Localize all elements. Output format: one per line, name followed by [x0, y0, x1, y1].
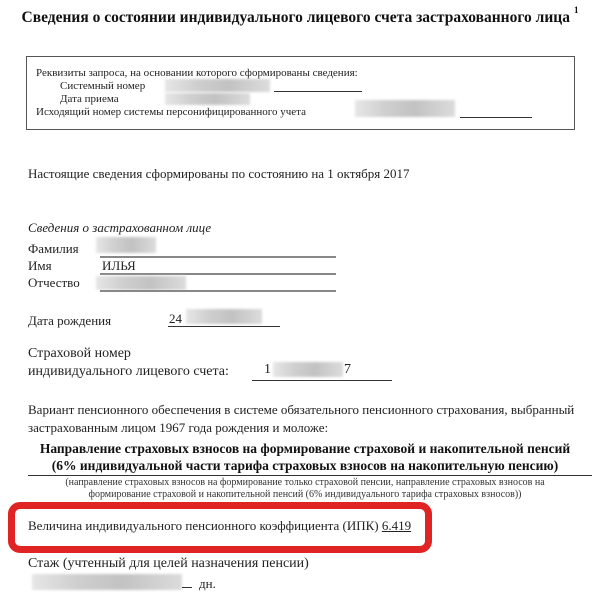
system-number-label: Системный номер — [60, 80, 145, 92]
experience-underline — [182, 587, 192, 588]
patronymic-label: Отчество — [28, 275, 80, 291]
outgoing-number-underline — [460, 117, 532, 118]
ipk-row: Величина индивидуального пенсионного коэ… — [28, 518, 411, 534]
ipk-value: 6.419 — [382, 518, 411, 533]
receipt-date-redacted — [165, 93, 250, 105]
name-value: ИЛЬЯ — [102, 258, 136, 274]
experience-redacted — [32, 574, 182, 590]
outgoing-number-label: Исходящий номер системы персонифицирован… — [36, 106, 306, 118]
document-title: Сведения о состоянии индивидуального лиц… — [0, 8, 600, 27]
system-number-redacted — [165, 79, 270, 92]
snils-value-start: 1 — [264, 362, 271, 378]
title-footnote: 1 — [574, 5, 579, 15]
birth-date-label: Дата рождения — [28, 313, 111, 329]
pension-option-underline — [28, 475, 592, 476]
pension-option-intro-line2: застрахованным лицом 1967 года рождения … — [28, 420, 328, 436]
patronymic-redacted — [96, 276, 186, 290]
pension-option-selected-line2: (6% индивидуальной части тарифа страховы… — [20, 458, 590, 474]
surname-redacted — [96, 237, 156, 253]
snils-redacted — [273, 362, 343, 377]
receipt-date-label: Дата приема — [60, 93, 119, 105]
snils-label-line1: Страховой номер — [28, 346, 131, 362]
experience-days-suffix: дн. — [199, 576, 216, 592]
ipk-label: Величина индивидуального пенсионного коэ… — [28, 518, 379, 533]
pension-options-hint-line1: (направление страховых взносов на формир… — [20, 477, 590, 488]
birth-date-underline — [168, 326, 280, 327]
experience-label: Стаж (учтенный для целей назначения пенс… — [28, 556, 309, 572]
pension-options-hint-line2: формирование страховой и накопительной п… — [20, 489, 590, 500]
patronymic-underline — [100, 290, 336, 292]
snils-underline — [252, 380, 392, 381]
birth-date-day: 24 — [169, 311, 182, 327]
snils-label-line2: индивидуального лицевого счета: — [28, 364, 229, 380]
as-of-statement: Настоящие сведения сформированы по состо… — [28, 166, 410, 182]
pension-option-intro-line1: Вариант пенсионного обеспечения в систем… — [28, 402, 574, 418]
name-underline — [100, 273, 336, 275]
surname-label: Фамилия — [28, 241, 79, 257]
name-label: Имя — [28, 258, 52, 274]
system-number-underline — [274, 91, 362, 92]
snils-value-end: 7 — [344, 362, 351, 378]
birth-date-redacted — [186, 309, 262, 324]
request-heading: Реквизиты запроса, на основании которого… — [36, 67, 358, 79]
pension-option-selected-line1: Направление страховых взносов на формиро… — [20, 441, 590, 457]
insured-person-section-title: Сведения о застрахованном лице — [28, 220, 211, 236]
title-text: Сведения о состоянии индивидуального лиц… — [22, 9, 570, 26]
outgoing-number-redacted — [355, 100, 455, 117]
